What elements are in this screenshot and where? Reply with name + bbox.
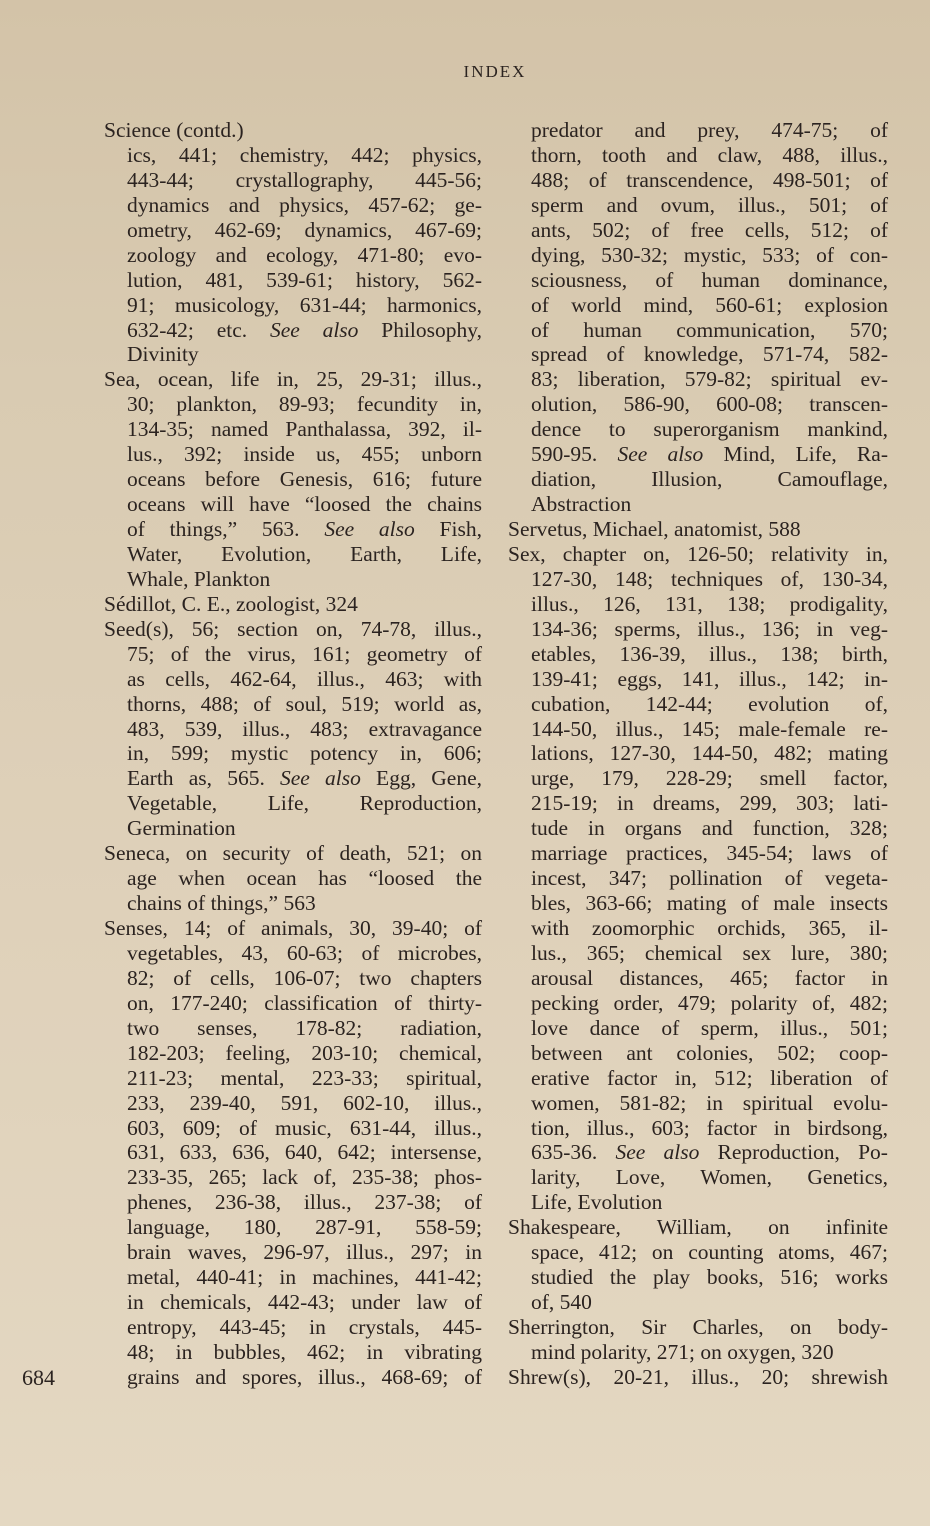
index-entry-continuation-line: thorns, 488; of soul, 519; world as, [104, 692, 482, 717]
index-entry-continuation-line: women, 581-82; in spiritual evolu- [508, 1091, 888, 1116]
index-entry-continuation-line: of world mind, 560-61; explosion [508, 293, 888, 318]
index-entry-continuation-line: language, 180, 287-91, 558-59; [104, 1215, 482, 1240]
cross-reference-text: Philosophy, [358, 318, 482, 342]
see-also-label: See also [280, 766, 361, 790]
index-entry: Senses, 14; of animals, 30, 39-40; ofveg… [104, 916, 484, 1390]
index-entry-continuation-line: Earth as, 565. See also Egg, Gene, [104, 766, 482, 791]
cross-reference-text: Mind, Life, Ra- [703, 442, 888, 466]
index-column-left: Science (contd.)ics, 441; chemistry, 442… [104, 118, 484, 1390]
index-entry-continuation-line: chains of things,” 563 [104, 891, 482, 916]
index-entry-heading-line: Servetus, Michael, anatomist, 588 [508, 517, 888, 542]
index-entry-continuation-line: ics, 441; chemistry, 442; physics, [104, 143, 482, 168]
index-entry-continuation-line: Life, Evolution [508, 1190, 888, 1215]
index-entry-continuation-line: of human communication, 570; [508, 318, 888, 343]
index-entry-continuation-line: Germination [104, 816, 482, 841]
index-entry-continuation-line: urge, 179, 228-29; smell factor, [508, 766, 888, 791]
index-entry-continuation-line: in, 599; mystic potency in, 606; [104, 741, 482, 766]
index-entry-continuation-line: olution, 586-90, 600-08; transcen- [508, 392, 888, 417]
index-entry: predator and prey, 474-75; ofthorn, toot… [508, 118, 888, 517]
index-entry-heading-line: Sherrington, Sir Charles, on body- [508, 1315, 888, 1340]
index-column-right: predator and prey, 474-75; ofthorn, toot… [508, 118, 888, 1390]
index-entry-continuation-line: oceans will have “loosed the chains [104, 492, 482, 517]
index-entry-continuation-line: tion, illus., 603; factor in birdsong, [508, 1116, 888, 1141]
index-entry-continuation-line: two senses, 178-82; radiation, [104, 1016, 482, 1041]
index-entry-continuation-line: dence to superorganism mankind, [508, 417, 888, 442]
index-entry-continuation-line: vegetables, 43, 60-63; of microbes, [104, 941, 482, 966]
index-entry-continuation-line: lus., 365; chemical sex lure, 380; [508, 941, 888, 966]
index-entry-continuation-line: lution, 481, 539-61; history, 562- [104, 268, 482, 293]
index-entry-continuation-line: as cells, 462-64, illus., 463; with [104, 667, 482, 692]
index-entry-continuation-line: grains and spores, illus., 468-69; of [104, 1365, 482, 1390]
index-entry-continuation-line: arousal distances, 465; factor in [508, 966, 888, 991]
index-entry-continuation-line: lus., 392; inside us, 455; unborn [104, 442, 482, 467]
index-entry-continuation-line: 91; musicology, 631-44; harmonics, [104, 293, 482, 318]
index-entry-continuation-line: Divinity [104, 342, 482, 367]
index-entry-continuation-line: sperm and ovum, illus., 501; of [508, 193, 888, 218]
index-entry-continuation-line: 48; in bubbles, 462; in vibrating [104, 1340, 482, 1365]
index-entry-continuation-line: Whale, Plankton [104, 567, 482, 592]
index-entry-continuation-line: larity, Love, Women, Genetics, [508, 1165, 888, 1190]
index-entry-continuation-line: tude in organs and function, 328; [508, 816, 888, 841]
index-entry-continuation-line: 211-23; mental, 223-33; spiritual, [104, 1066, 482, 1091]
index-entry-continuation-line: 83; liberation, 579-82; spiritual ev- [508, 367, 888, 392]
page-number: 684 [22, 1365, 55, 1391]
index-entry-continuation-line: 134-35; named Panthalassa, 392, il- [104, 417, 482, 442]
index-entry-continuation-line: metal, 440-41; in machines, 441-42; [104, 1265, 482, 1290]
cross-reference-text: Egg, Gene, [361, 766, 482, 790]
cross-reference-text: Reproduction, Po- [699, 1140, 888, 1164]
index-entry-continuation-line: 144-50, illus., 145; male-female re- [508, 717, 888, 742]
index-entry-continuation-line: dynamics and physics, 457-62; ge- [104, 193, 482, 218]
index-entry-continuation-line: age when ocean has “loosed the [104, 866, 482, 891]
index-entry-continuation-line: entropy, 443-45; in crystals, 445- [104, 1315, 482, 1340]
entry-text: Earth as, 565. [127, 766, 280, 790]
entry-text: 635-36. [531, 1140, 615, 1164]
index-entry-continuation-line: sciousness, of human dominance, [508, 268, 888, 293]
index-entry-heading-line: Shrew(s), 20-21, illus., 20; shrewish [508, 1365, 888, 1390]
index-entry-continuation-line: 632-42; etc. See also Philosophy, [104, 318, 482, 343]
index-entry-continuation-line: 139-41; eggs, 141, illus., 142; in- [508, 667, 888, 692]
index-entry-continuation-line: Abstraction [508, 492, 888, 517]
index-entry-continuation-line: 483, 539, illus., 483; extravagance [104, 717, 482, 742]
index-entry-continuation-line: between ant colonies, 502; coop- [508, 1041, 888, 1066]
index-entry-continuation-line: on, 177-240; classification of thirty- [104, 991, 482, 1016]
index-entry-continuation-line: spread of knowledge, 571-74, 582- [508, 342, 888, 367]
index-entry-continuation-line: with zoomorphic orchids, 365, il- [508, 916, 888, 941]
index-entry-continuation-line: 635-36. See also Reproduction, Po- [508, 1140, 888, 1165]
index-entry-continuation-line: lations, 127-30, 144-50, 482; mating [508, 741, 888, 766]
index-entry-continuation-line: illus., 126, 131, 138; prodigality, [508, 592, 888, 617]
entry-text: 632-42; etc. [127, 318, 270, 342]
index-entry-continuation-line: etables, 136-39, illus., 138; birth, [508, 642, 888, 667]
see-also-label: See also [324, 517, 414, 541]
index-entry-continuation-line: in chemicals, 442-43; under law of [104, 1290, 482, 1315]
index-entry-continuation-line: incest, 347; pollination of vegeta- [508, 866, 888, 891]
index-entry: Seed(s), 56; section on, 74-78, illus.,7… [104, 617, 484, 841]
index-entry-continuation-line: 30; plankton, 89-93; fecundity in, [104, 392, 482, 417]
index-entry-continuation-line: marriage practices, 345-54; laws of [508, 841, 888, 866]
index-entry: Sédillot, C. E., zoologist, 324 [104, 592, 484, 617]
index-entry-heading-line: Senses, 14; of animals, 30, 39-40; of [104, 916, 482, 941]
index-entry-heading-line: Seneca, on security of death, 521; on [104, 841, 482, 866]
index-entry-heading-line: Sex, chapter on, 126-50; relativity in, [508, 542, 888, 567]
index-entry-continuation-line: ants, 502; of free cells, 512; of [508, 218, 888, 243]
index-entry-continuation-line: ometry, 462-69; dynamics, 467-69; [104, 218, 482, 243]
index-entry-continuation-line: 215-19; in dreams, 299, 303; lati- [508, 791, 888, 816]
index-entry: Servetus, Michael, anatomist, 588 [508, 517, 888, 542]
index-entry-continuation-line: 590-95. See also Mind, Life, Ra- [508, 442, 888, 467]
index-entry-continuation-line: of, 540 [508, 1290, 888, 1315]
index-entry-continuation-line: 75; of the virus, 161; geometry of [104, 642, 482, 667]
index-entry-continuation-line: studied the play books, 516; works [508, 1265, 888, 1290]
index-entry: Shrew(s), 20-21, illus., 20; shrewish [508, 1365, 888, 1390]
index-entry-continuation-line: 182-203; feeling, 203-10; chemical, [104, 1041, 482, 1066]
index-entry-continuation-line: love dance of sperm, illus., 501; [508, 1016, 888, 1041]
index-entry-continuation-line: 233-35, 265; lack of, 235-38; phos- [104, 1165, 482, 1190]
running-header: INDEX [0, 62, 930, 82]
index-entry-continuation-line: 233, 239-40, 591, 602-10, illus., [104, 1091, 482, 1116]
index-entry-continuation-line: phenes, 236-38, illus., 237-38; of [104, 1190, 482, 1215]
index-entry-continuation-line: mind polarity, 271; on oxygen, 320 [508, 1340, 888, 1365]
index-entry-continuation-line: 488; of transcendence, 498-501; of [508, 168, 888, 193]
index-entry-continuation-line: diation, Illusion, Camouflage, [508, 467, 888, 492]
index-entry-continuation-line: brain waves, 296-97, illus., 297; in [104, 1240, 482, 1265]
index-entry-heading-line: Seed(s), 56; section on, 74-78, illus., [104, 617, 482, 642]
index-entry-heading-line: Sea, ocean, life in, 25, 29-31; illus., [104, 367, 482, 392]
index-entry: Sex, chapter on, 126-50; relativity in,1… [508, 542, 888, 1215]
index-entry-continuation-line: 82; of cells, 106-07; two chapters [104, 966, 482, 991]
index-entry-continuation-line: Vegetable, Life, Reproduction, [104, 791, 482, 816]
index-entry-continuation-line: erative factor in, 512; liberation of [508, 1066, 888, 1091]
index-entry-continuation-line: dying, 530-32; mystic, 533; of con- [508, 243, 888, 268]
index-entry-continuation-line: bles, 363-66; mating of male insects [508, 891, 888, 916]
index-entry-heading-line: Science (contd.) [104, 118, 482, 143]
index-entry-continuation-line: 127-30, 148; techniques of, 130-34, [508, 567, 888, 592]
see-also-label: See also [270, 318, 358, 342]
index-entry-continuation-line: of things,” 563. See also Fish, [104, 517, 482, 542]
entry-text: of things,” 563. [127, 517, 324, 541]
index-entry-continuation-line: predator and prey, 474-75; of [508, 118, 888, 143]
index-entry-continuation-line: 134-36; sperms, illus., 136; in veg- [508, 617, 888, 642]
index-entry-continuation-line: thorn, tooth and claw, 488, illus., [508, 143, 888, 168]
index-entry-continuation-line: pecking order, 479; polarity of, 482; [508, 991, 888, 1016]
index-entry-heading-line: Shakespeare, William, on infinite [508, 1215, 888, 1240]
index-entry: Sea, ocean, life in, 25, 29-31; illus.,3… [104, 367, 484, 591]
cross-reference-text: Fish, [415, 517, 482, 541]
index-entry: Shakespeare, William, on infinitespace, … [508, 1215, 888, 1315]
index-entry-continuation-line: 603, 609; of music, 631-44, illus., [104, 1116, 482, 1141]
see-also-label: See also [617, 442, 703, 466]
see-also-label: See also [615, 1140, 699, 1164]
index-entry: Sherrington, Sir Charles, on body-mind p… [508, 1315, 888, 1365]
index-entry-continuation-line: Water, Evolution, Earth, Life, [104, 542, 482, 567]
index-entry-continuation-line: oceans before Genesis, 616; future [104, 467, 482, 492]
index-entry-continuation-line: 443-44; crystallography, 445-56; [104, 168, 482, 193]
index-entry: Seneca, on security of death, 521; onage… [104, 841, 484, 916]
index-entry-continuation-line: cubation, 142-44; evolution of, [508, 692, 888, 717]
entry-text: 590-95. [531, 442, 617, 466]
index-entry-continuation-line: space, 412; on counting atoms, 467; [508, 1240, 888, 1265]
index-entry-heading-line: Sédillot, C. E., zoologist, 324 [104, 592, 482, 617]
index-entry-continuation-line: 631, 633, 636, 640, 642; intersense, [104, 1140, 482, 1165]
index-entry-continuation-line: zoology and ecology, 471-80; evo- [104, 243, 482, 268]
index-entry: Science (contd.)ics, 441; chemistry, 442… [104, 118, 484, 367]
